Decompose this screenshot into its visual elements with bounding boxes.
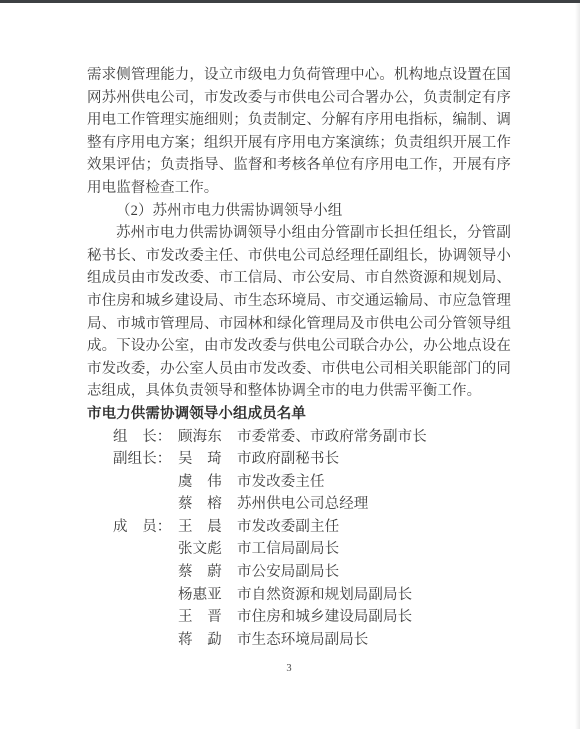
member-role: 副组长： [113, 448, 178, 471]
document-viewer: 需求侧管理能力，设立市级电力负荷管理中心。机构地点设置在国网苏州供电公司，市发改… [0, 0, 580, 729]
member-title: 市自然资源和规划局副局长 [237, 587, 412, 603]
member-title: 市委常委、市政府常务副市长 [237, 429, 427, 445]
member-name: 顾海东 [178, 426, 223, 449]
page-right-edge [575, 3, 580, 729]
paragraph-continuation: 需求侧管理能力，设立市级电力负荷管理中心。机构地点设置在国网苏州供电公司，市发改… [87, 64, 511, 200]
text-line: 网苏州供电公司，市发改委与市供电公司合署办公，负责制定有序 [87, 87, 511, 110]
text-line: 局、市城市管理局、市园林和绿化管理局及市供电公司分管领导组 [87, 313, 511, 336]
member-row: 副组长：吴 琦市政府副秘书长 [87, 448, 511, 471]
text-line: 整有序用电方案；组织开展有序用电方案演练；负责组织开展工作 [87, 132, 511, 155]
member-title: 市生态环境局副局长 [237, 632, 368, 648]
text-line: 秘书长、市发改委主任、市供电公司总经理任副组长，协调领导小 [87, 245, 511, 268]
member-row: 蔡 榕苏州供电公司总经理 [87, 493, 511, 516]
member-row: 成 员：王 晨市发改委副主任 [87, 516, 511, 539]
page-body: 需求侧管理能力，设立市级电力负荷管理中心。机构地点设置在国网苏州供电公司，市发改… [87, 64, 511, 651]
member-name: 蒋 勐 [178, 629, 223, 652]
member-row: 蔡 蔚市公安局副局长 [87, 561, 511, 584]
member-row: 组 长：顾海东市委常委、市政府常务副市长 [87, 426, 511, 449]
member-name: 杨惠亚 [178, 584, 223, 607]
member-row: 杨惠亚市自然资源和规划局副局长 [87, 584, 511, 607]
member-title: 市住房和城乡建设局副局长 [237, 609, 412, 625]
member-row: 张文彪市工信局副局长 [87, 538, 511, 561]
text-line: 效果评估；负责指导、监督和考核各单位有序用电工作，开展有序 [87, 154, 511, 177]
member-row: 虞 伟市发改委主任 [87, 471, 511, 494]
member-title: 市发改委副主任 [237, 519, 339, 535]
text-line: 苏州市电力供需协调领导小组由分管副市长担任组长，分管副 [87, 222, 511, 245]
member-role: 组 长： [113, 426, 178, 449]
member-title: 市发改委主任 [237, 474, 325, 490]
text-line: 市发改委，办公室人员由市发改委、市供电公司相关职能部门的同 [87, 358, 511, 381]
member-list-title: 市电力供需协调领导小组成员名单 [87, 403, 511, 426]
member-title: 市公安局副局长 [237, 564, 339, 580]
paragraph-leading-group: 苏州市电力供需协调领导小组由分管副市长担任组长，分管副秘书长、市发改委主任、市供… [87, 222, 511, 403]
member-title: 市政府副秘书长 [237, 451, 339, 467]
page-number: 3 [0, 663, 578, 674]
text-line: 组成员由市发改委、市工信局、市公安局、市自然资源和规划局、 [87, 267, 511, 290]
text-line: 志组成，具体负责领导和整体协调全市的电力供需平衡工作。 [87, 380, 511, 403]
window-top-edge [0, 0, 580, 3]
member-title: 市工信局副局长 [237, 541, 339, 557]
text-line: 需求侧管理能力，设立市级电力负荷管理中心。机构地点设置在国 [87, 64, 511, 87]
section-heading: （2）苏州市电力供需协调领导小组 [87, 200, 511, 223]
member-list: 组 长：顾海东市委常委、市政府常务副市长副组长：吴 琦市政府副秘书长虞 伟市发改… [87, 426, 511, 652]
member-role: 成 员： [113, 516, 178, 539]
text-line: 成。下设办公室，由市发改委与供电公司联合办公，办公地点设在 [87, 335, 511, 358]
member-row: 蒋 勐市生态环境局副局长 [87, 629, 511, 652]
text-line: 用电工作管理实施细则；负责制定、分解有序用电指标，编制、调 [87, 109, 511, 132]
member-name: 王 晨 [178, 516, 223, 539]
text-line: 用电监督检查工作。 [87, 177, 511, 200]
member-title: 苏州供电公司总经理 [237, 496, 368, 512]
member-name: 蔡 榕 [178, 493, 223, 516]
text-line: 市住房和城乡建设局、市生态环境局、市交通运输局、市应急管理 [87, 290, 511, 313]
member-name: 吴 琦 [178, 448, 223, 471]
member-name: 王 晋 [178, 606, 223, 629]
member-row: 王 晋市住房和城乡建设局副局长 [87, 606, 511, 629]
member-name: 蔡 蔚 [178, 561, 223, 584]
member-name: 虞 伟 [178, 471, 223, 494]
member-name: 张文彪 [178, 538, 223, 561]
